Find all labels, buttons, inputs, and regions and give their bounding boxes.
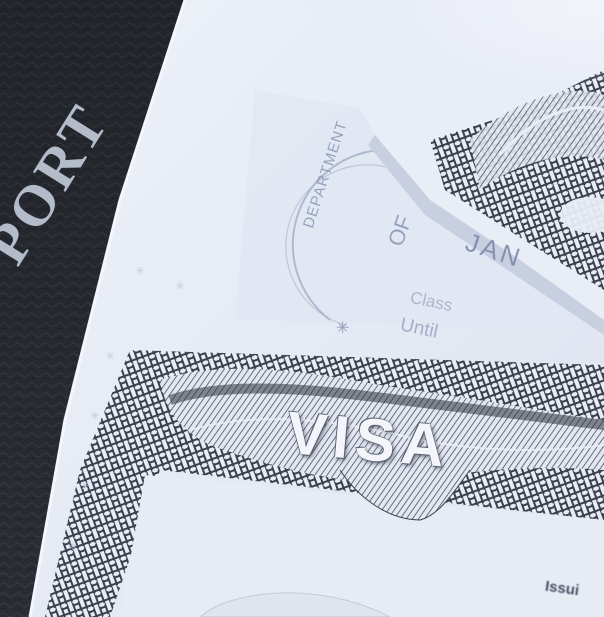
svg-text:✳: ✳ <box>68 539 78 553</box>
svg-text:✳: ✳ <box>135 264 145 278</box>
svg-text:✳: ✳ <box>336 320 349 337</box>
visa-foil-text: VISA <box>284 398 453 481</box>
svg-text:✳: ✳ <box>175 279 185 293</box>
photo-background: ✳ ✳ ✳ ✳ ✳ ✳ ✳ <box>0 0 604 617</box>
passport-visa-photo: ✳ ✳ ✳ ✳ ✳ ✳ ✳ PORT DEPARTMENT <box>0 0 604 617</box>
svg-text:✳: ✳ <box>105 349 115 363</box>
svg-text:✳: ✳ <box>90 409 100 423</box>
svg-text:✳: ✳ <box>80 479 90 493</box>
